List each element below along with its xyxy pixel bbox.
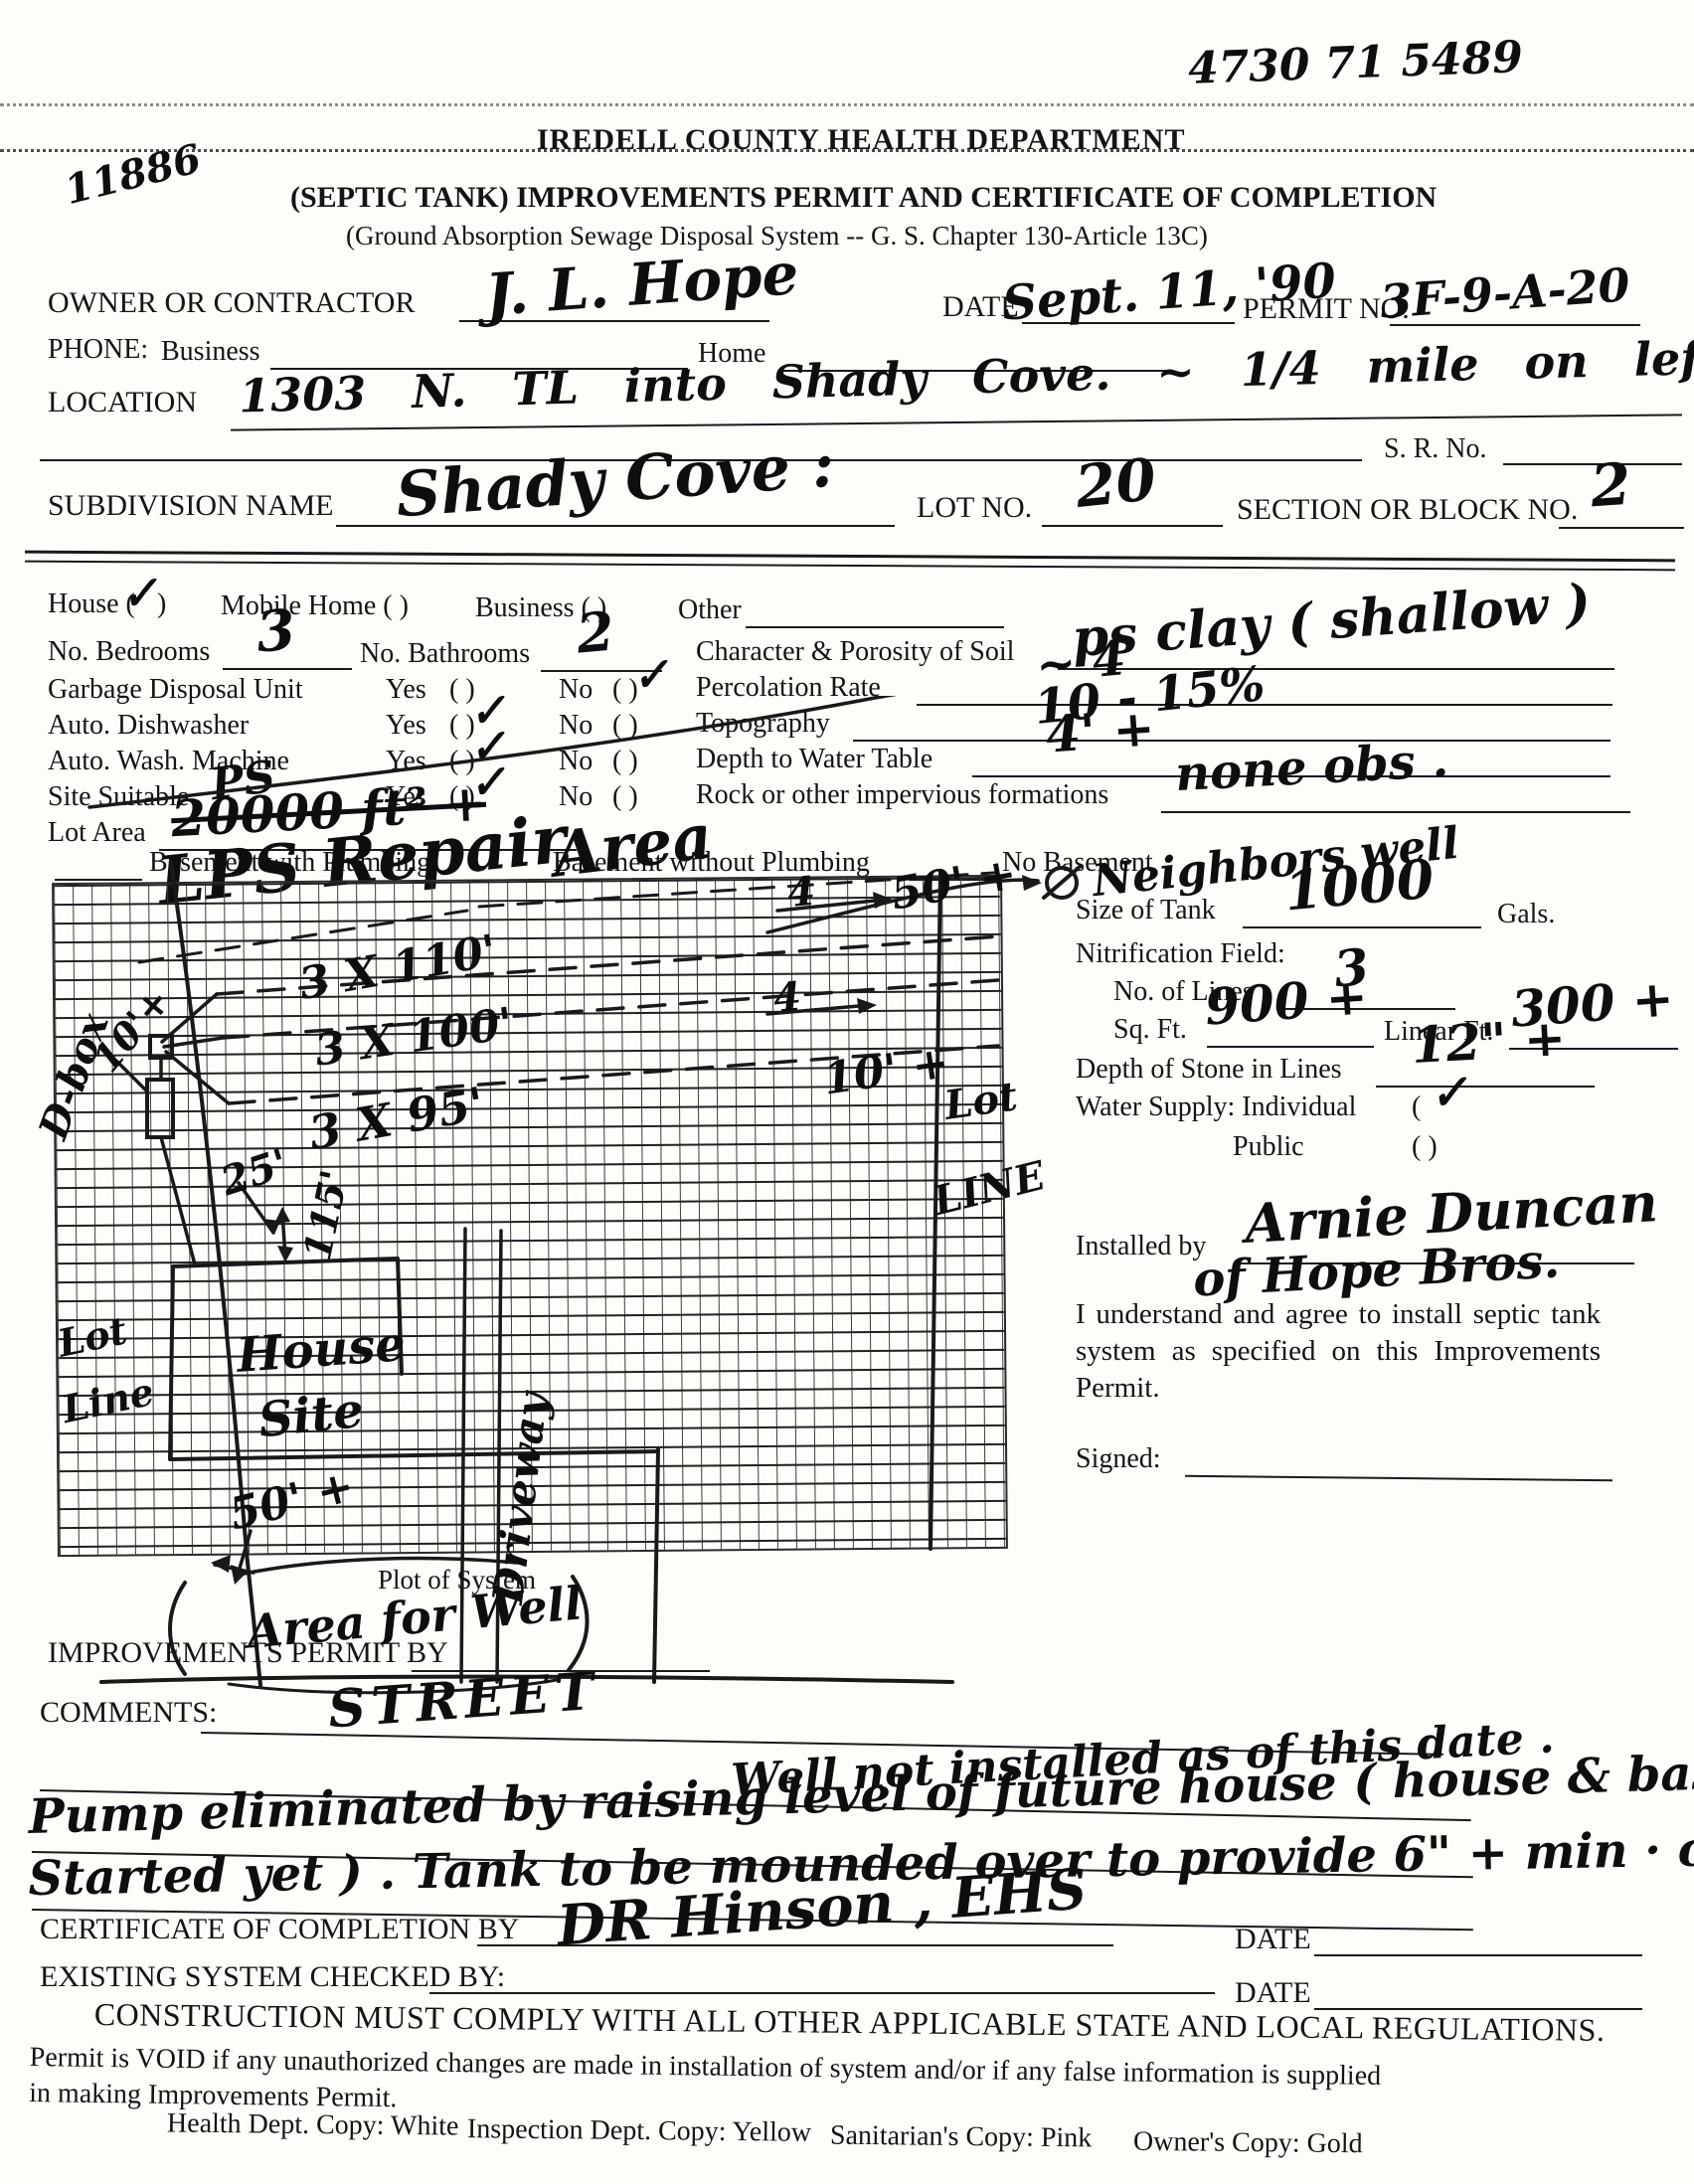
dishwasher-label: Auto. Dishwasher [48,710,249,742]
existing-system-underline [429,1992,1215,1994]
washer-no-paren: ( ) [612,746,638,777]
divider-line-1 [25,551,1675,563]
owner-value: J. L. Hope [483,240,800,329]
garbage-no-label: No [559,674,593,706]
section-value: 2 [1589,450,1633,521]
perc-label: Percolation Rate [696,672,881,704]
other-underline [746,626,1004,628]
subdivision-label: SUBDIVISION NAME [48,489,334,523]
topo-label: Topography [696,708,830,740]
improvements-permit-underline [412,1670,710,1672]
lot-area-label: Lot Area [48,817,146,849]
lot-line-right-label-1: Lot [941,1073,1020,1129]
copy-sanitarian: Sanitarian's Copy: Pink [830,2120,1093,2155]
dishwasher-no-label: No [559,710,593,742]
site-no-label: No [559,781,593,813]
tank-size-label: Size of Tank [1076,895,1216,926]
dim-4b-label: 4 [771,973,803,1022]
public-paren: ( ) [1412,1131,1438,1163]
bathrooms-value: 2 [574,598,616,665]
rock-underline [1161,811,1630,813]
house-site-label-2: Site [255,1383,366,1449]
bedrooms-underline [223,668,352,670]
department-title: IREDELL COUNTY HEALTH DEPARTMENT [537,123,1185,157]
form-title: (SEPTIC TANK) IMPROVEMENTS PERMIT AND CE… [290,181,1437,215]
signed-underline [1185,1475,1612,1482]
garbage-no-checkmark: ✓ [629,648,671,703]
dishwasher-yes-label: Yes [386,710,426,742]
rock-value: none obs . [1174,733,1450,802]
scan-dotted-line-top [0,103,1694,106]
basement-with-line [55,879,142,881]
copy-health-dept: Health Dept. Copy: White [167,2107,459,2142]
stone-underline [1376,1086,1595,1088]
serial-number: 4730 71 5489 [1187,32,1523,94]
individual-paren: ( [1412,1092,1421,1123]
existing-system-label: EXISTING SYSTEM CHECKED BY: [40,1960,505,1994]
signed-label: Signed: [1076,1443,1161,1475]
sr-label: S. R. No. [1384,433,1486,465]
other-label: Other [678,594,742,626]
washer-no-label: No [559,746,593,777]
location-value: 1303 N. TL into Shady Cove. ~ 1/4 mile o… [239,330,1694,422]
form-number: 11886 [60,135,205,214]
sqft-label: Sq. Ft. [1113,1014,1187,1046]
phone-business-label: Business [161,336,260,368]
sqft-underline [1207,1046,1374,1048]
bedrooms-label: No. Bedrooms [48,636,210,668]
garbage-yes-label: Yes [386,674,426,706]
scanned-permit-form: 4730 71 5489 IREDELL COUNTY HEALTH DEPAR… [0,0,1694,2184]
installed-by-label: Installed by [1076,1231,1206,1262]
subdivision-value: Shady Cove : [394,428,837,532]
washer-yes-label: Yes [386,746,426,777]
divider-line-2 [25,561,1675,572]
certificate-date-underline [1314,1954,1642,1956]
rock-label: Rock or other impervious formations [696,779,1108,811]
lot-no-value: 20 [1073,445,1159,521]
water-table-value: 4' + [1044,698,1156,763]
house-site-label-1: House [235,1316,407,1384]
stone-label: Depth of Stone in Lines [1076,1054,1342,1086]
garbage-label: Garbage Disposal Unit [48,674,303,706]
agreement-text: I understand and agree to install septic… [1076,1296,1601,1407]
mobile-home-label: Mobile Home ( ) [221,590,409,622]
lot-no-underline [1042,525,1223,527]
certificate-label: CERTIFICATE OF COMPLETION BY [40,1913,519,1946]
certificate-date-label: DATE [1235,1923,1311,1956]
arrowhead-well-area [211,1555,231,1573]
site-suitable-label: Site Suitable [48,781,189,813]
water-supply-label: Water Supply: Individual [1076,1092,1356,1123]
individual-checkmark: ✓ [1427,1064,1470,1121]
compliance-statement: CONSTRUCTION MUST COMPLY WITH ALL OTHER … [94,1996,1606,2049]
dim-4a-label: 4 [785,868,817,917]
tank-size-value: 1000 [1281,847,1436,924]
water-table-label: Depth to Water Table [696,744,932,775]
sqft-value: 900 + [1203,966,1369,1036]
public-label: Public [1233,1131,1304,1163]
tank-unit-label: Gals. [1497,899,1555,930]
permit-value: 3F-9-A-20 [1378,257,1631,328]
improvements-permit-label: IMPROVEMENTS PERMIT BY [48,1636,448,1670]
bedrooms-value: 3 [254,596,298,665]
arrowhead-50-bottom [231,1565,249,1585]
location-label: LOCATION [48,386,197,420]
section-label: SECTION OR BLOCK NO. [1237,493,1578,527]
comments-label: COMMENTS: [40,1696,217,1730]
stone-value: 12" + [1411,1008,1568,1075]
tank-size-underline [1243,926,1481,928]
phone-label: PHONE: [48,334,148,366]
copy-inspection-dept: Inspection Dept. Copy: Yellow [467,2113,811,2149]
bathrooms-label: No. Bathrooms [360,638,530,670]
soil-character-value: ps clay ( shallow ) [1071,573,1593,669]
street-label: STREET [326,1661,601,1741]
house-checkmark: ✓ [118,567,160,621]
house-close-paren: ) [157,588,166,620]
existing-date-label: DATE [1235,1976,1311,2010]
soil-character-label: Character & Porosity of Soil [696,636,1014,668]
copy-owner: Owner's Copy: Gold [1133,2126,1363,2160]
lot-no-label: LOT NO. [917,491,1032,525]
topo-underline [853,740,1610,742]
dishwasher-no-paren: ( ) [612,710,638,742]
nitrification-label: Nitrification Field: [1076,938,1285,970]
owner-label: OWNER OR CONTRACTOR [48,286,415,320]
section-underline [1559,527,1684,529]
